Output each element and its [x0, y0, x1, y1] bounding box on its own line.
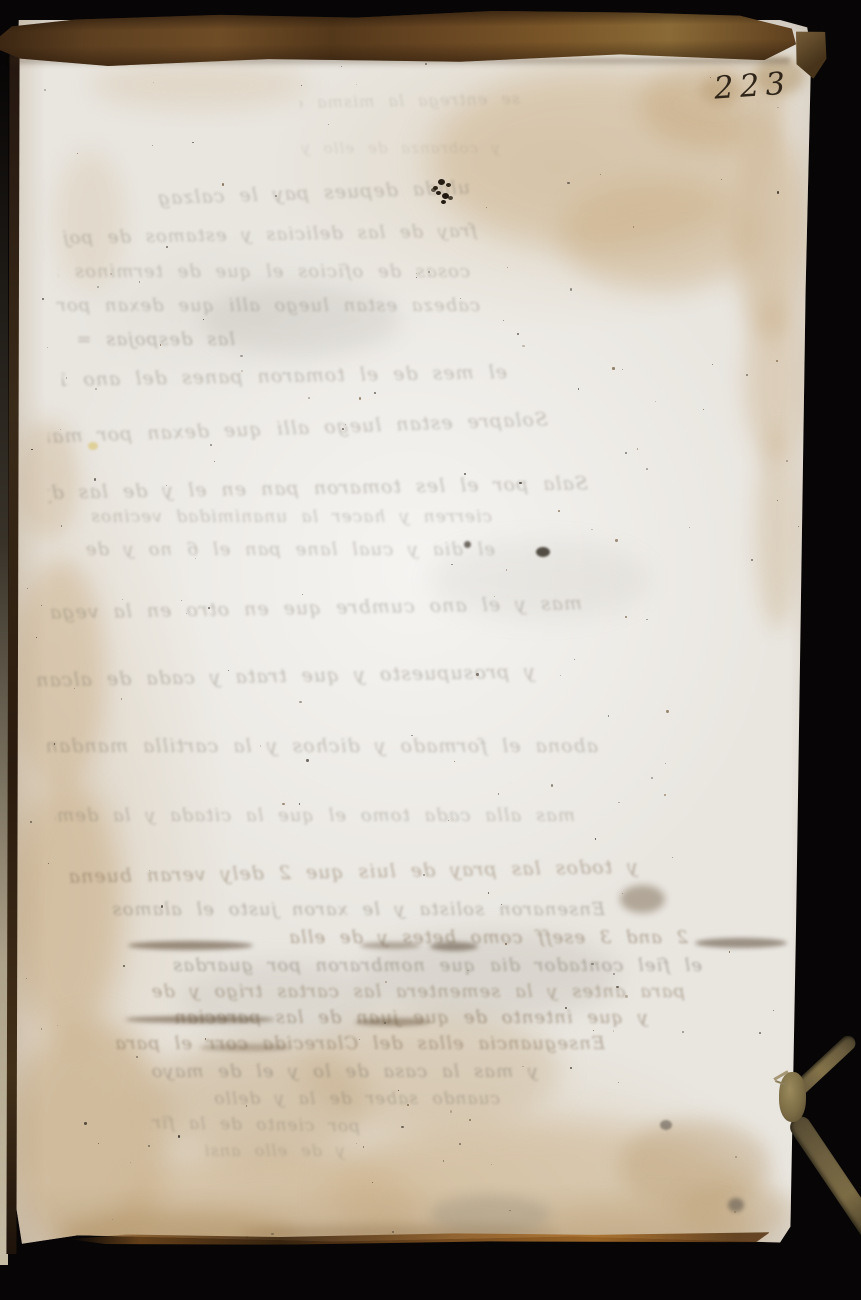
- speck: [618, 1082, 619, 1083]
- speck: [74, 688, 75, 689]
- speck: [721, 179, 722, 180]
- speck: [48, 863, 49, 864]
- speck: [363, 1146, 365, 1148]
- speck: [411, 735, 412, 736]
- speck: [139, 281, 140, 282]
- speck: [682, 1031, 683, 1032]
- speck: [522, 1066, 524, 1068]
- speck: [443, 1160, 444, 1161]
- speck: [469, 1119, 471, 1121]
- speck: [618, 802, 620, 804]
- speck: [374, 392, 376, 394]
- speck: [522, 345, 524, 347]
- speck: [401, 1126, 403, 1128]
- speck: [97, 286, 99, 288]
- speck: [651, 777, 653, 779]
- speck: [359, 397, 361, 399]
- speck: [666, 710, 668, 712]
- speck: [798, 526, 799, 527]
- speck: [308, 397, 310, 399]
- speck: [476, 673, 478, 675]
- speck: [735, 1156, 737, 1158]
- speck: [498, 793, 500, 795]
- speck: [210, 444, 212, 446]
- leather-tie-knot: [779, 1072, 806, 1122]
- speck: [710, 77, 711, 78]
- speck: [591, 529, 593, 531]
- speck: [301, 85, 302, 86]
- speck: [41, 1028, 43, 1030]
- speck: [359, 1039, 360, 1040]
- speck: [260, 745, 262, 747]
- speck: [84, 1122, 86, 1124]
- speck: [121, 698, 123, 700]
- speck: [600, 174, 601, 175]
- speck: [328, 124, 329, 125]
- speck: [608, 715, 610, 717]
- speck: [208, 607, 210, 609]
- speck: [153, 82, 154, 83]
- speck: [385, 981, 387, 983]
- speckle-layer: [14, 20, 812, 1245]
- speck: [130, 1162, 131, 1163]
- speck: [195, 558, 196, 559]
- speck: [356, 84, 357, 85]
- speck: [166, 485, 167, 486]
- speck: [342, 428, 344, 430]
- speck: [622, 893, 623, 894]
- speck: [460, 298, 461, 299]
- speck: [31, 449, 33, 451]
- speck: [637, 448, 639, 450]
- speck: [160, 344, 162, 346]
- speck: [98, 1143, 99, 1144]
- speck: [60, 429, 61, 430]
- speck: [712, 364, 713, 365]
- speck: [655, 401, 656, 402]
- speck: [646, 468, 648, 470]
- speck: [519, 482, 521, 484]
- speck: [356, 1143, 357, 1144]
- speck: [448, 820, 450, 822]
- speck: [625, 995, 627, 997]
- speck: [777, 191, 779, 193]
- speck: [615, 539, 617, 541]
- speck: [384, 1022, 386, 1024]
- speck: [66, 377, 68, 379]
- speck: [136, 1056, 138, 1058]
- speck: [467, 970, 468, 971]
- speck: [646, 619, 647, 620]
- speck: [633, 226, 635, 228]
- speck: [689, 527, 690, 528]
- speck: [44, 89, 46, 91]
- speck: [275, 195, 277, 197]
- speck: [777, 500, 778, 501]
- leather-tie-lower-strap: [786, 1113, 861, 1242]
- speck: [786, 460, 788, 462]
- speck: [613, 1030, 614, 1031]
- speck: [501, 904, 502, 905]
- page-number: 223: [713, 65, 792, 106]
- speck: [166, 246, 168, 248]
- speck: [423, 874, 425, 876]
- speck: [459, 1143, 461, 1145]
- speck: [558, 510, 560, 512]
- speck: [241, 370, 243, 372]
- speck: [27, 588, 28, 589]
- speck: [192, 142, 194, 144]
- speck: [734, 1211, 736, 1213]
- speck: [148, 1145, 150, 1147]
- speck: [271, 1233, 273, 1235]
- speck: [178, 1135, 180, 1137]
- speck: [574, 659, 575, 660]
- speck: [759, 1032, 761, 1034]
- speck: [416, 273, 417, 274]
- speck: [345, 424, 346, 425]
- speck: [494, 596, 495, 597]
- speck: [240, 355, 242, 357]
- speck: [665, 763, 666, 764]
- ink-blot: [433, 186, 438, 190]
- speck: [776, 360, 777, 361]
- speck: [181, 600, 182, 601]
- speck: [506, 569, 508, 571]
- speck: [578, 388, 580, 390]
- speck: [703, 409, 704, 410]
- speck: [613, 973, 615, 975]
- speck: [416, 277, 417, 278]
- speck: [282, 803, 284, 805]
- speck: [123, 965, 125, 967]
- speck: [612, 367, 614, 369]
- speck: [625, 452, 627, 454]
- speck: [570, 1067, 572, 1069]
- speck: [110, 273, 112, 275]
- speck: [507, 267, 508, 268]
- speck: [152, 145, 153, 146]
- speck: [61, 525, 62, 526]
- speck: [57, 1025, 58, 1026]
- speck: [622, 369, 623, 370]
- speck: [372, 1182, 373, 1183]
- speck: [565, 1007, 567, 1009]
- speck: [149, 870, 150, 871]
- speck: [616, 986, 618, 988]
- speck: [773, 1010, 774, 1011]
- speck: [746, 374, 748, 376]
- speck: [392, 1231, 394, 1233]
- speck: [112, 1219, 113, 1220]
- speck: [407, 1104, 409, 1106]
- manuscript-page: se entrega la misma cantidad y anexoy co…: [14, 20, 812, 1245]
- speck: [595, 838, 596, 839]
- speck: [54, 743, 55, 744]
- speck: [222, 183, 224, 185]
- speck: [161, 905, 163, 907]
- speck: [30, 821, 32, 823]
- speck: [299, 803, 301, 805]
- speck: [428, 271, 430, 273]
- speck: [488, 892, 490, 894]
- speck: [451, 564, 453, 566]
- speck: [94, 478, 96, 480]
- speck: [203, 319, 204, 320]
- speck: [509, 1210, 510, 1211]
- speck: [398, 1090, 399, 1091]
- speck: [77, 153, 78, 154]
- speck: [503, 320, 505, 322]
- speck: [591, 963, 593, 965]
- speck: [41, 605, 42, 606]
- speck: [299, 701, 301, 703]
- speck: [517, 333, 519, 335]
- speck: [551, 784, 553, 786]
- speck: [47, 347, 48, 348]
- speck: [777, 107, 778, 108]
- speck: [486, 207, 487, 208]
- speck: [454, 761, 455, 762]
- speck: [42, 298, 44, 300]
- speck: [186, 613, 187, 614]
- speck: [729, 951, 730, 952]
- speck: [214, 461, 215, 462]
- speck: [450, 1110, 452, 1112]
- speck: [505, 943, 507, 945]
- speck: [672, 857, 673, 858]
- speck: [95, 388, 97, 390]
- speck: [593, 1030, 594, 1031]
- speck: [302, 594, 303, 595]
- speck: [560, 675, 561, 676]
- speck: [228, 670, 229, 671]
- speck: [664, 794, 666, 796]
- speck: [567, 182, 569, 184]
- speck: [491, 1164, 492, 1165]
- speck: [36, 637, 37, 638]
- speck: [751, 559, 753, 561]
- speck: [464, 473, 466, 475]
- speck: [570, 288, 572, 290]
- speck: [625, 616, 627, 618]
- manuscript-photograph: se entrega la misma cantidad y anexoy co…: [0, 0, 861, 1300]
- speck: [122, 599, 123, 600]
- speck: [26, 978, 28, 980]
- speck: [205, 1038, 206, 1039]
- speck: [246, 1105, 248, 1107]
- speck: [306, 759, 308, 761]
